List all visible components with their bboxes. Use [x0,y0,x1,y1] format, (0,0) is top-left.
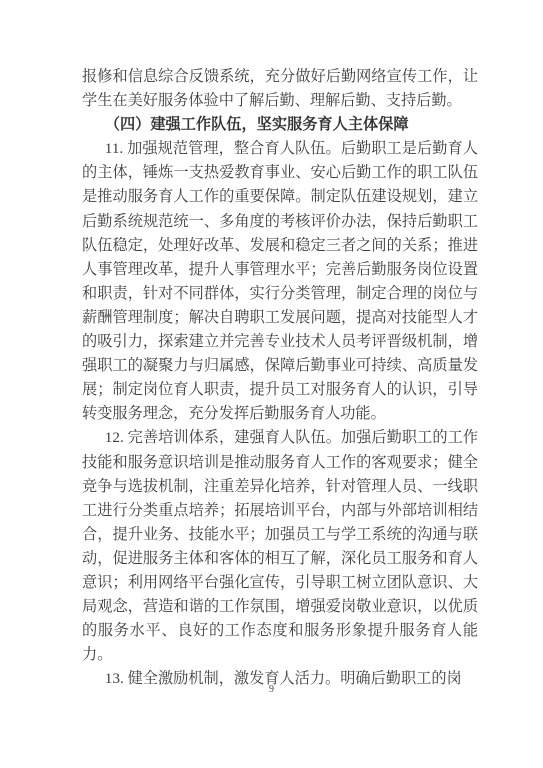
document-page: 报修和信息综合反馈系统，充分做好后勤网络宣传工作，让学生在美好服务体验中了解后勤… [0,0,543,768]
paragraph-continuation: 报修和信息综合反馈系统，充分做好后勤网络宣传工作，让学生在美好服务体验中了解后勤… [82,65,478,113]
document-body: 报修和信息综合反馈系统，充分做好后勤网络宣传工作，让学生在美好服务体验中了解后勤… [82,65,478,691]
page-number: 9 [0,684,543,695]
paragraph-12: 12. 完善培训体系，建强育人队伍。加强后勤职工的工作技能和服务意识培训是推动服… [82,426,478,667]
section-heading: （四）建强工作队伍，坚实服务育人主体保障 [82,113,478,137]
paragraph-11: 11. 加强规范管理，整合育人队伍。后勤职工是后勤育人的主体，锤炼一支热爱教育事… [82,137,478,426]
